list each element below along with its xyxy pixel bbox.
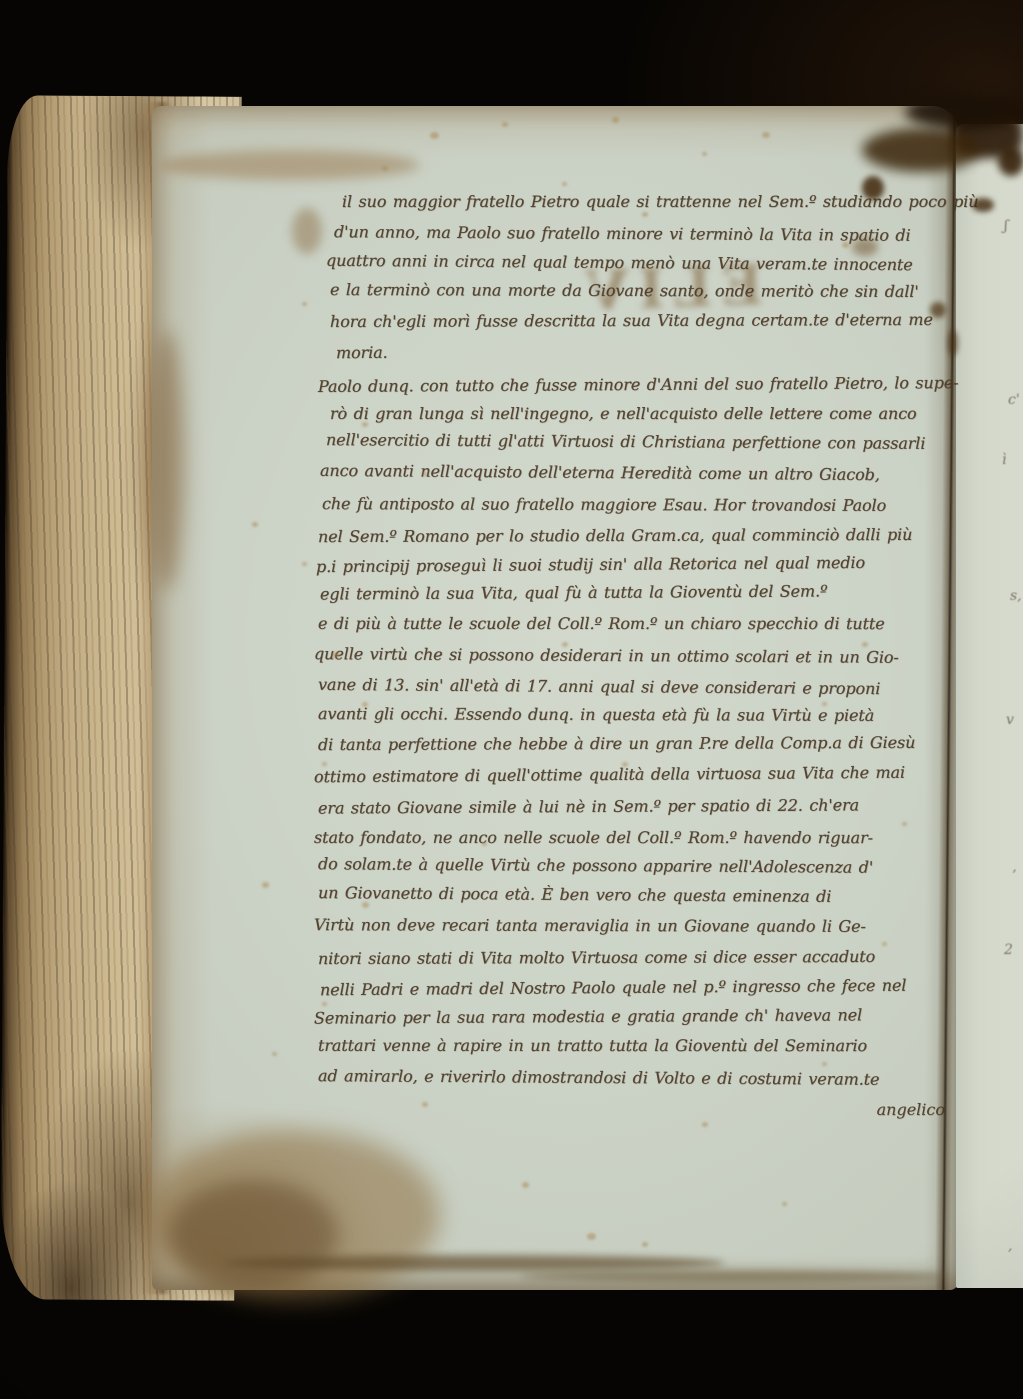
manuscript-text-block: il suo maggior fratello Pietro quale si … [312, 194, 960, 1124]
facing-ink-fragment: ʃ [1004, 218, 1008, 234]
text-line: nell'esercitio di tutti gl'atti Virtuosi… [326, 432, 925, 452]
facing-ink-fragment: ’ [1012, 868, 1016, 884]
text-line: ottimo estimatore di quell'ottime qualit… [314, 765, 905, 786]
text-line: ad amirarlo, e riverirlo dimostrandosi d… [318, 1068, 880, 1088]
text-line: moria. [336, 345, 388, 361]
text-line: un Giovanetto di poca età. È ben vero ch… [318, 885, 831, 905]
text-line: p.i principij proseguì li suoi studij si… [316, 554, 865, 574]
text-line: avanti gli occhi. Essendo dunq. in quest… [318, 706, 874, 724]
text-line: Seminario per la sua rara modestia e gra… [314, 1007, 862, 1026]
text-line: di tanta perfettione che hebbe à dire un… [318, 735, 915, 753]
text-line: nitori siano stati di Vita molto Virtuos… [318, 949, 875, 967]
facing-ink-fragment: 2 [1004, 942, 1013, 958]
text-line: Paolo dunq. con tutto che fusse minore d… [318, 375, 959, 395]
text-line: e di più à tutte le scuole del Coll.º Ro… [318, 616, 885, 632]
facing-page-sliver [956, 124, 1023, 1288]
gutter-top-stain [952, 112, 1023, 158]
text-line: Virtù non deve recari tanta meraviglia i… [314, 918, 866, 936]
text-line: d'un anno, ma Paolo suo fratello minore … [334, 224, 911, 244]
manuscript-photo: ELIV il suo maggior fratello Pietro qual… [0, 0, 1023, 1399]
text-line: e la terminò con una morte da Giovane sa… [330, 282, 919, 300]
facing-ink-fragment: s, [1010, 588, 1022, 604]
facing-ink-fragment: ì [1002, 452, 1006, 468]
text-line: quattro anni in circa nel qual tempo men… [326, 253, 913, 273]
text-line: che fù antiposto al suo fratello maggior… [322, 496, 886, 514]
facing-ink-fragment: v [1006, 712, 1014, 728]
text-line: il suo maggior fratello Pietro quale si … [342, 194, 978, 210]
text-line: egli terminò la sua Vita, qual fù à tutt… [320, 584, 828, 603]
text-line: trattari venne à rapire in un tratto tut… [318, 1038, 867, 1054]
text-line: quelle virtù che si possono desiderari i… [314, 646, 899, 666]
text-line: nelli Padri e madri del Nostro Paolo qua… [320, 978, 906, 999]
text-line: hora ch'egli morì fusse descritta la sua… [330, 312, 933, 330]
catchword: angelico [700, 1100, 945, 1119]
text-line: stato fondato, ne anco nelle scuole del … [314, 829, 873, 845]
text-line: vane di 13. sin' all'età di 17. anni qua… [318, 677, 880, 697]
text-line: do solam.te à quelle Virtù che possono a… [318, 856, 873, 876]
text-line: anco avanti nell'acquisto dell'eterna He… [320, 462, 880, 482]
facing-ink-fragment: c' [1008, 392, 1020, 408]
text-line: rò di gran lunga sì nell'ingegno, e nell… [330, 406, 917, 422]
text-line: nel Sem.º Romano per lo studio della Gra… [318, 527, 912, 545]
facing-ink-fragment: , [1008, 1238, 1012, 1254]
text-line: era stato Giovane simile à lui nè in Sem… [318, 798, 859, 817]
